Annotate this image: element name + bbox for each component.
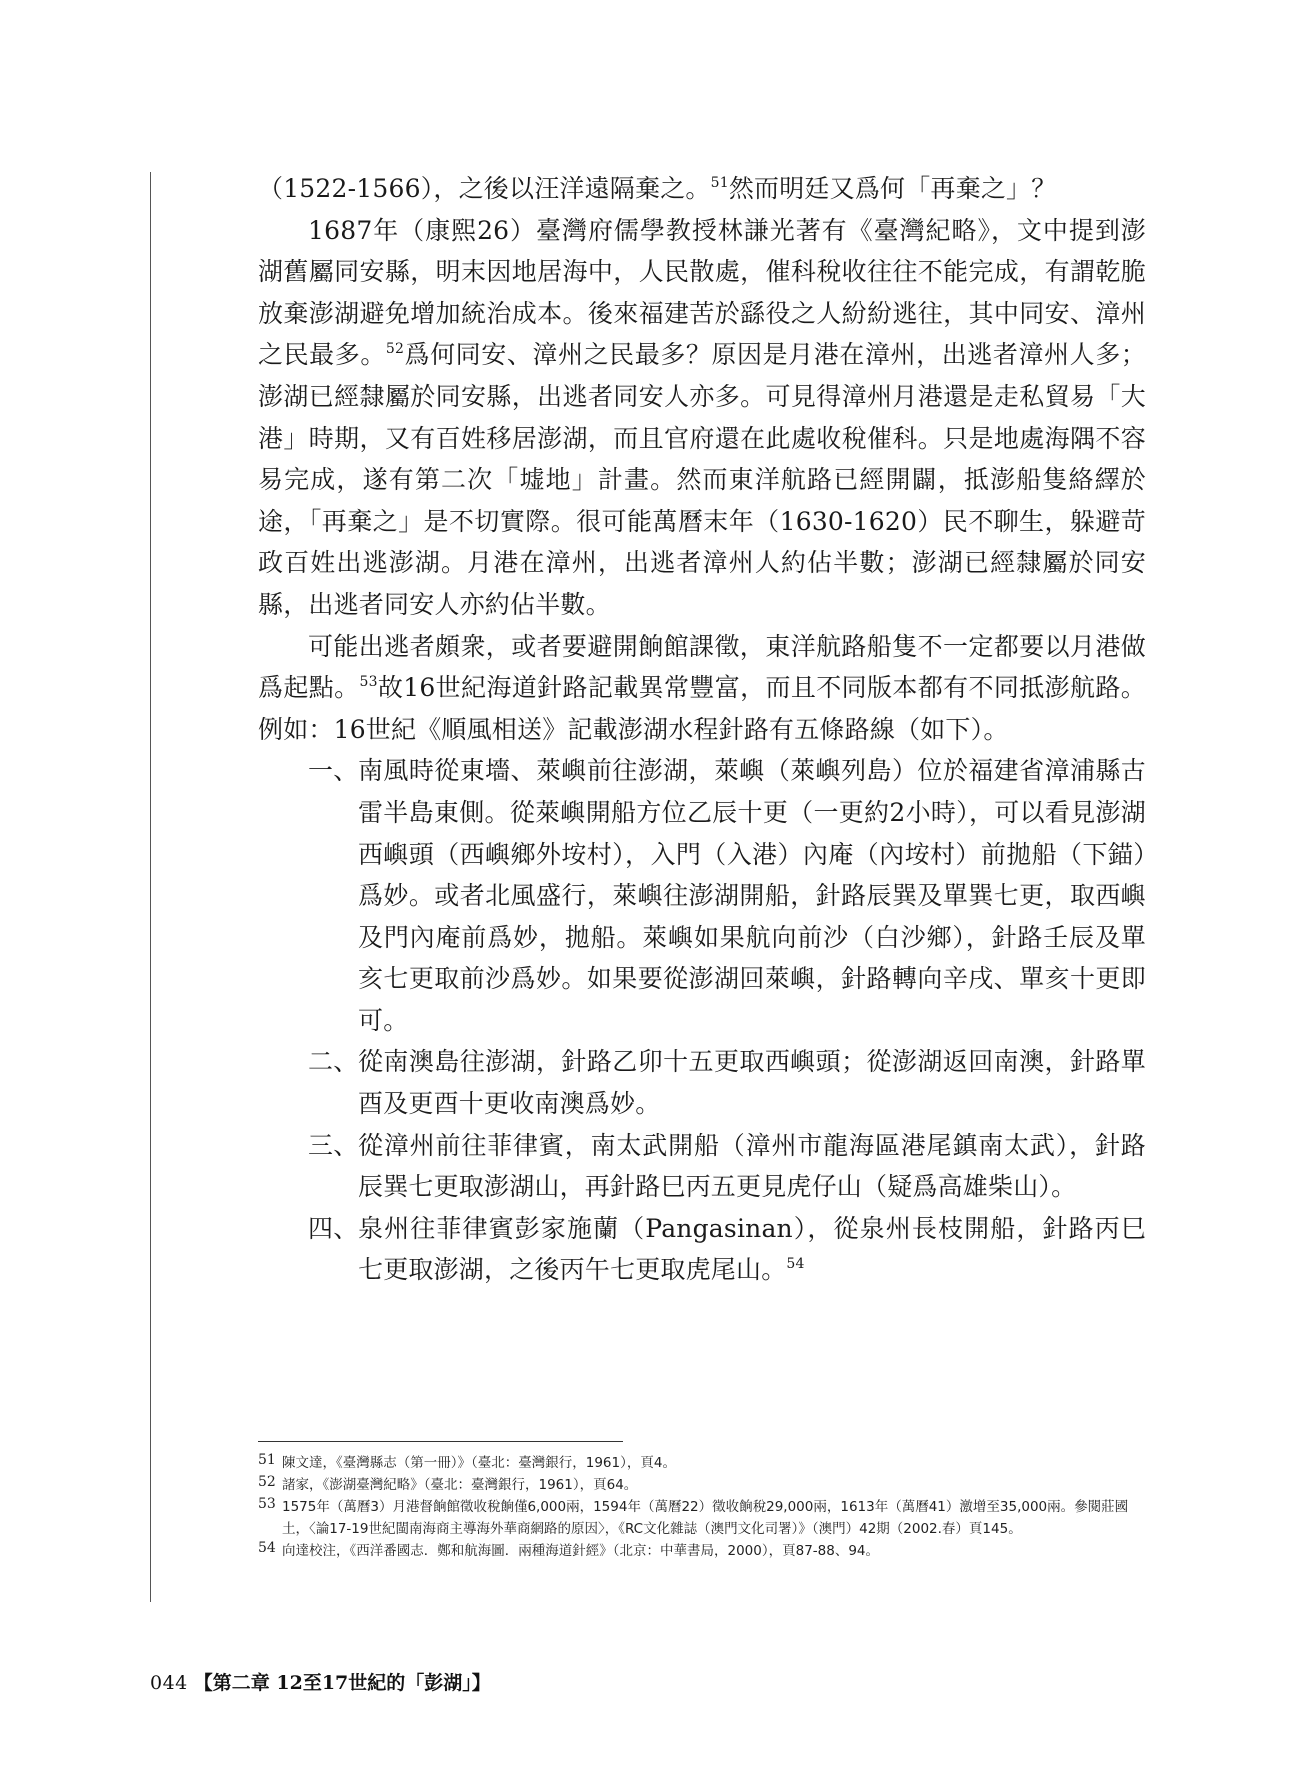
paragraph: （1522-1566），之後以汪洋遠隔棄之。51然而明廷又爲何「再棄之」？ xyxy=(258,168,1146,210)
footnote-separator xyxy=(258,1441,623,1442)
paragraph: 可能出逃者頗衆，或者要避開餉館課徵，東洋航路船隻不一定都要以月港做爲起點。53故… xyxy=(258,626,1146,751)
route-text: 南風時從東墻、萊嶼前往澎湖，萊嶼（萊嶼列島）位於福建省漳浦縣古雷半島東側。從萊嶼… xyxy=(358,756,1146,1035)
list-marker: 二、 xyxy=(308,1041,358,1083)
paragraph-text: 爲何同安、漳州之民最多？原因是月港在漳州，出逃者漳州人多；澎湖已經隸屬於同安縣，… xyxy=(258,340,1146,619)
footnote-text: 1575年（萬曆3）月港督餉館徵收稅餉僅6,000兩，1594年（萬曆22）徵收… xyxy=(282,1499,1128,1537)
list-marker: 一、 xyxy=(308,750,358,792)
footnote-number: 54 xyxy=(258,1537,276,1559)
route-item: 二、從南澳島往澎湖，針路乙卯十五更取西嶼頭；從澎湖返回南澳，針路單酉及更酉十更收… xyxy=(258,1041,1146,1124)
footnote-text: 陳文達，《臺灣縣志（第一冊）》（臺北：臺灣銀行，1961），頁4。 xyxy=(282,1455,676,1471)
footnote: 54向達校注，《西洋番國志．鄭和航海圖．兩種海道針經》（北京：中華書局，2000… xyxy=(258,1540,1148,1562)
list-marker: 三、 xyxy=(308,1125,358,1167)
footnote-ref[interactable]: 53 xyxy=(360,674,378,690)
footnote-ref[interactable]: 51 xyxy=(711,175,729,191)
route-text: 從南澳島往澎湖，針路乙卯十五更取西嶼頭；從澎湖返回南澳，針路單酉及更酉十更收南澳… xyxy=(358,1047,1146,1118)
footnote: 52諸家，《澎湖臺灣紀略》（臺北：臺灣銀行，1961），頁64。 xyxy=(258,1474,1148,1496)
body-text: （1522-1566），之後以汪洋遠隔棄之。51然而明廷又爲何「再棄之」？ 16… xyxy=(258,168,1146,1291)
footnote-ref[interactable]: 52 xyxy=(386,341,404,357)
page-number: 044 xyxy=(150,1672,188,1694)
paragraph-text: （1522-1566），之後以汪洋遠隔棄之。 xyxy=(258,174,711,203)
route-item: 三、從漳州前往菲律賓，南太武開船（漳州市龍海區港尾鎮南太武），針路辰巽七更取澎湖… xyxy=(258,1125,1146,1208)
footnote-text: 諸家，《澎湖臺灣紀略》（臺北：臺灣銀行，1961），頁64。 xyxy=(282,1477,637,1493)
route-list: 一、南風時從東墻、萊嶼前往澎湖，萊嶼（萊嶼列島）位於福建省漳浦縣古雷半島東側。從… xyxy=(258,750,1146,1291)
footnote: 51陳文達，《臺灣縣志（第一冊）》（臺北：臺灣銀行，1961），頁4。 xyxy=(258,1452,1148,1474)
paragraph-text: 故16世紀海道針路記載異常豐富，而且不同版本都有不同抵澎航路。例如：16世紀《順… xyxy=(258,673,1146,744)
footnote: 531575年（萬曆3）月港督餉館徵收稅餉僅6,000兩，1594年（萬曆22）… xyxy=(258,1496,1148,1540)
chapter-title: 【第二章 12至17世紀的「彭湖」】 xyxy=(194,1672,491,1694)
route-item: 四、泉州往菲律賓彭家施蘭（Pangasinan），從泉州長枝開船，針路丙巳七更取… xyxy=(258,1208,1146,1291)
route-text: 從漳州前往菲律賓，南太武開船（漳州市龍海區港尾鎮南太武），針路辰巽七更取澎湖山，… xyxy=(358,1131,1146,1202)
paragraph: 1687年（康熙26）臺灣府儒學教授林謙光著有《臺灣紀略》，文中提到澎湖舊屬同安… xyxy=(258,210,1146,626)
paragraph-text: 然而明廷又爲何「再棄之」？ xyxy=(729,174,1057,203)
list-marker: 四、 xyxy=(308,1208,358,1250)
route-item: 一、南風時從東墻、萊嶼前往澎湖，萊嶼（萊嶼列島）位於福建省漳浦縣古雷半島東側。從… xyxy=(258,750,1146,1041)
footnote-ref[interactable]: 54 xyxy=(786,1256,804,1272)
footnote-number: 52 xyxy=(258,1471,276,1493)
footnotes: 51陳文達，《臺灣縣志（第一冊）》（臺北：臺灣銀行，1961），頁4。 52諸家… xyxy=(258,1452,1148,1562)
route-text: 泉州往菲律賓彭家施蘭（Pangasinan），從泉州長枝開船，針路丙巳七更取澎湖… xyxy=(358,1214,1146,1285)
footnote-number: 51 xyxy=(258,1449,276,1471)
footnote-text: 向達校注，《西洋番國志．鄭和航海圖．兩種海道針經》（北京：中華書局，2000），… xyxy=(282,1543,879,1559)
footnote-number: 53 xyxy=(258,1493,276,1515)
margin-rule xyxy=(150,172,151,1602)
running-footer: 044【第二章 12至17世紀的「彭湖」】 xyxy=(150,1668,491,1695)
